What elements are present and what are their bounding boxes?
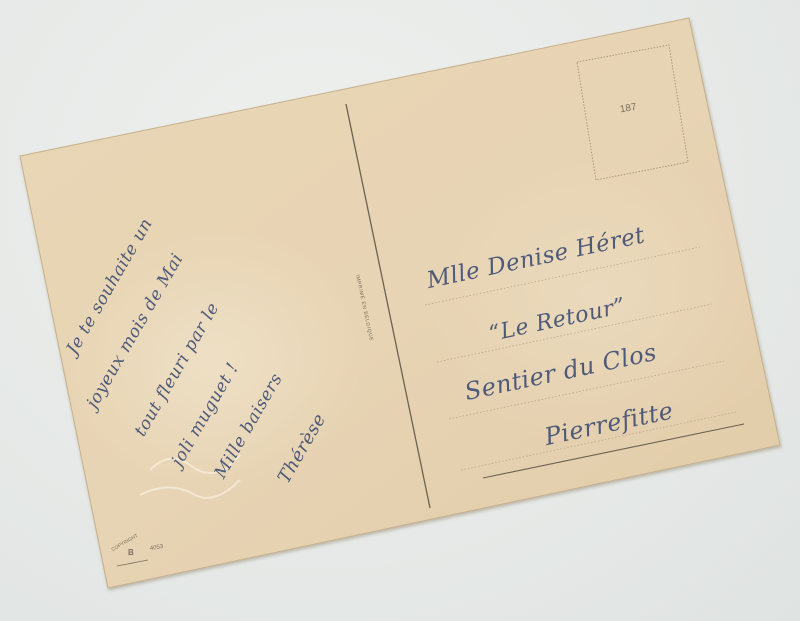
publisher-mark-letter: B: [128, 548, 134, 557]
postcard-graphic: [0, 0, 800, 621]
